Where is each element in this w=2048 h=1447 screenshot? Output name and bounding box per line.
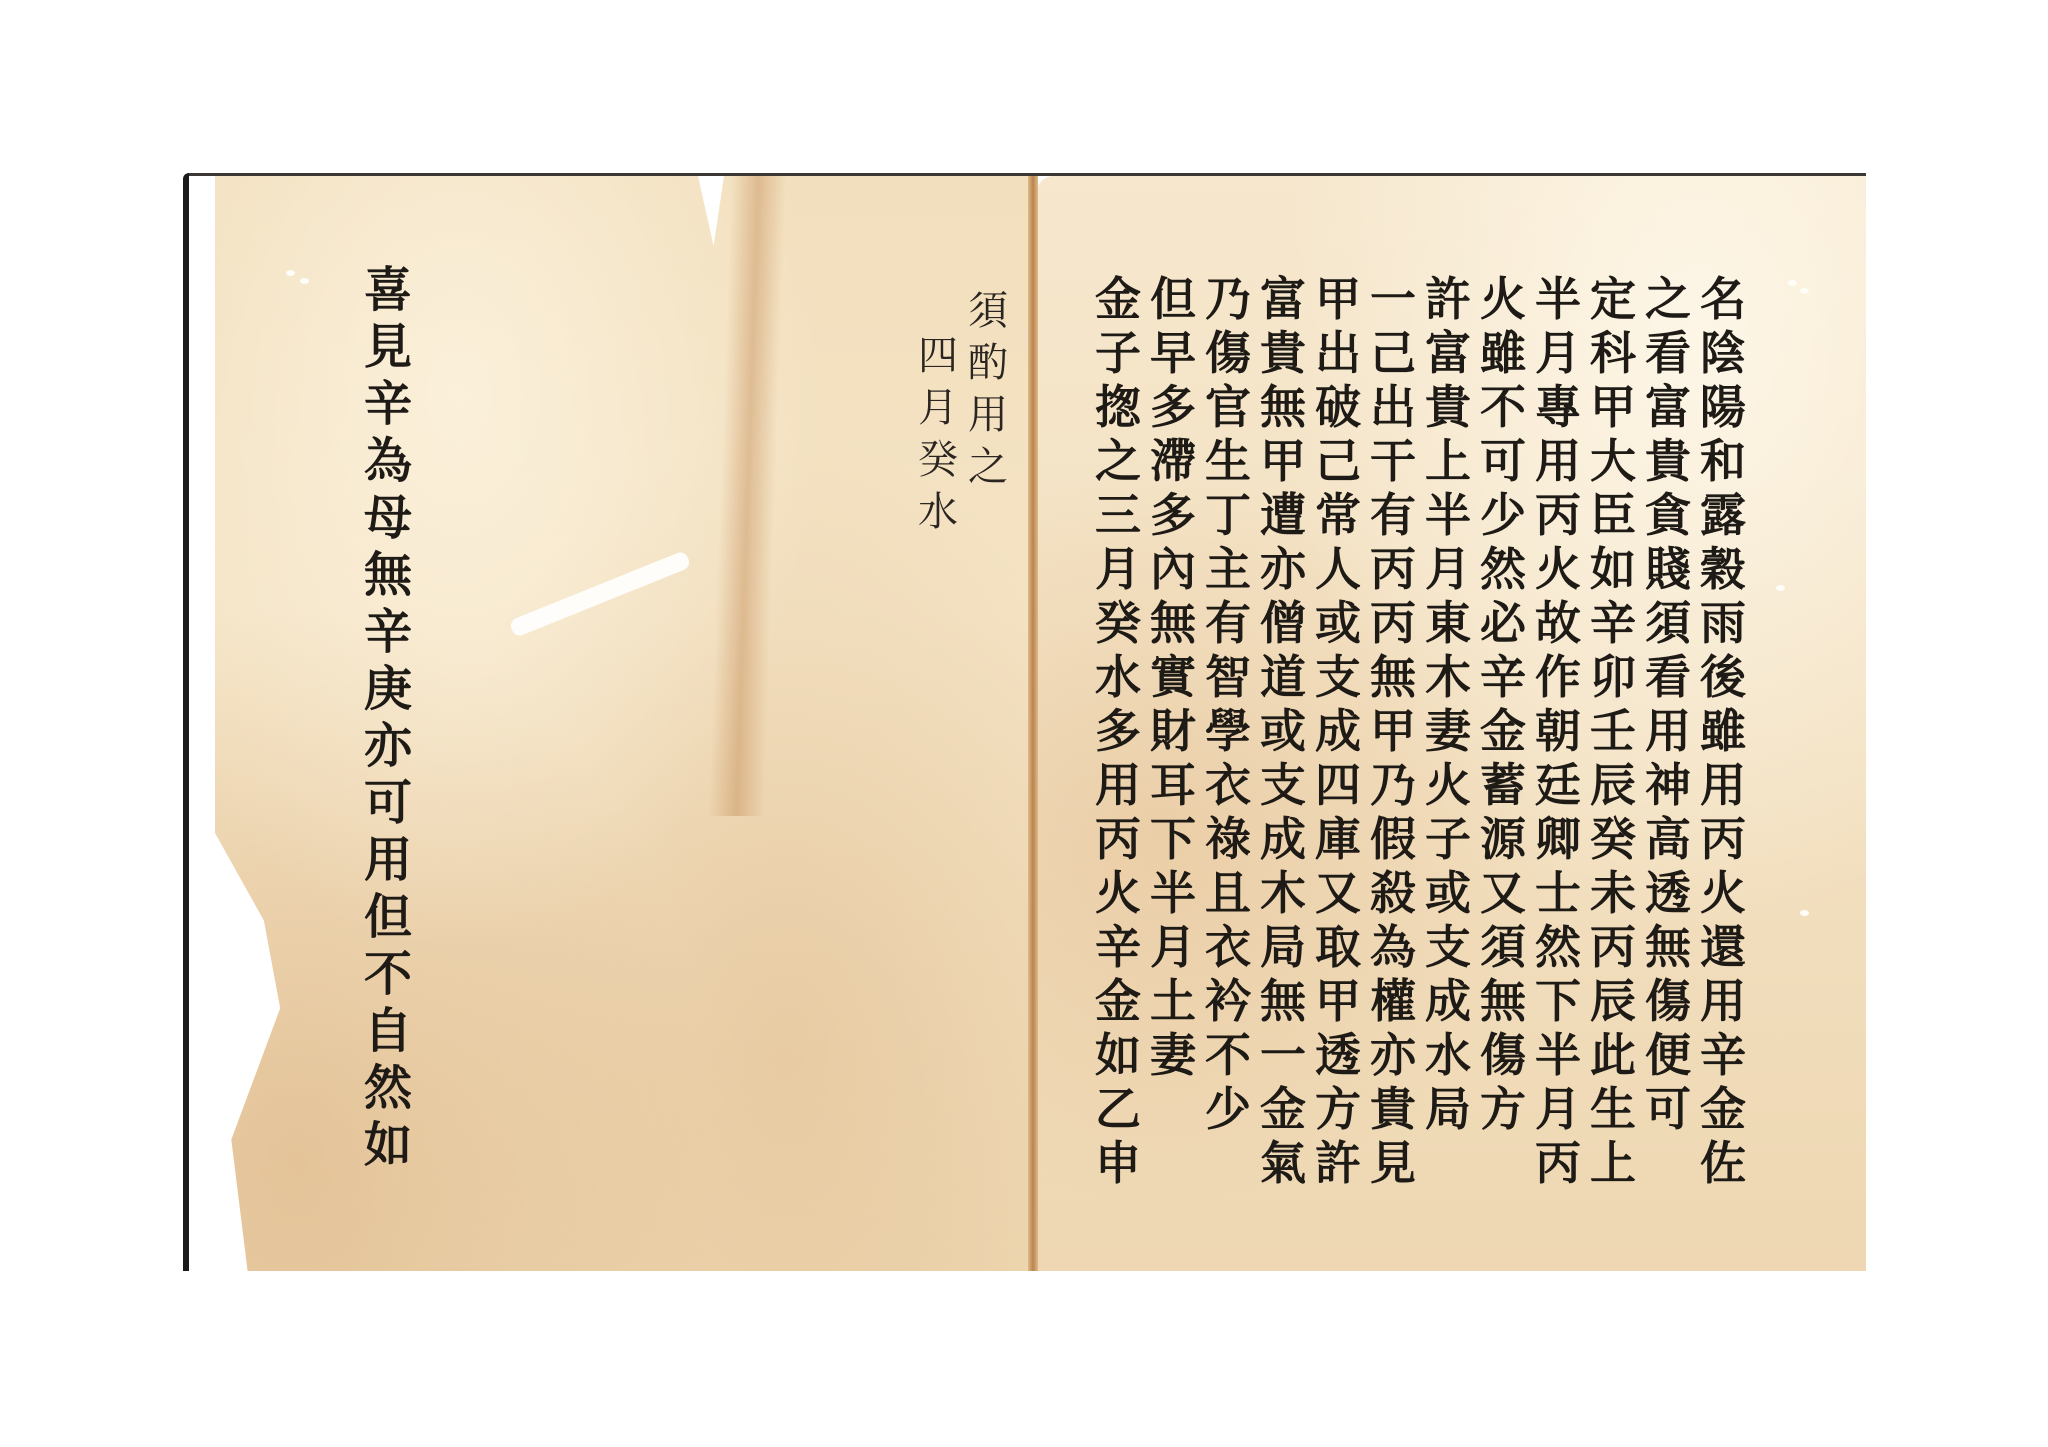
character: 廷 xyxy=(1535,758,1581,812)
character: 有 xyxy=(1205,596,1251,650)
character: 氣 xyxy=(1260,1136,1306,1190)
character: 生 xyxy=(1590,1082,1636,1136)
character: 用 xyxy=(1700,758,1746,812)
character: 丙 xyxy=(1535,488,1581,542)
character: 有 xyxy=(1370,488,1416,542)
character: 臣 xyxy=(1590,488,1636,542)
left-main-column: 喜見辛為母無辛庚亦可用但不自然如 xyxy=(358,262,418,1174)
character: 子 xyxy=(1095,326,1141,380)
character: 少 xyxy=(1480,488,1526,542)
text-column: 乃傷官生丁主有智學衣祿且衣衿不少 xyxy=(1201,272,1255,1136)
character: 一 xyxy=(1260,1028,1306,1082)
character: 貪 xyxy=(1645,488,1691,542)
character: 之 xyxy=(1645,272,1691,326)
character: 辛 xyxy=(1480,650,1526,704)
character: 無 xyxy=(1150,596,1196,650)
character: 母 xyxy=(364,490,412,547)
character: 支 xyxy=(1260,758,1306,812)
scan-top-edge xyxy=(189,173,1866,176)
character: 滯 xyxy=(1150,434,1196,488)
scan-edge xyxy=(183,173,189,1271)
character: 丙 xyxy=(1590,920,1636,974)
character: 定 xyxy=(1590,272,1636,326)
character: 上 xyxy=(1425,434,1471,488)
character: 金 xyxy=(1095,974,1141,1028)
character: 甲 xyxy=(1590,380,1636,434)
character: 智 xyxy=(1205,650,1251,704)
text-column: 火雖不可少然必辛金蓄源又須無傷方 xyxy=(1476,272,1530,1136)
character: 陰 xyxy=(1700,326,1746,380)
character: 方 xyxy=(1315,1082,1361,1136)
character: 木 xyxy=(1425,650,1471,704)
character: 月 xyxy=(1425,542,1471,596)
character: 露 xyxy=(1700,488,1746,542)
character: 此 xyxy=(1590,1028,1636,1082)
character: 衣 xyxy=(1205,920,1251,974)
character: 出 xyxy=(1370,380,1416,434)
worm-hole xyxy=(1800,910,1809,916)
character: 然 xyxy=(1480,542,1526,596)
character: 水 xyxy=(1425,1028,1471,1082)
character: 卯 xyxy=(1590,650,1636,704)
character: 假 xyxy=(1370,812,1416,866)
character: 甲 xyxy=(1260,434,1306,488)
character: 實 xyxy=(1150,650,1196,704)
character: 還 xyxy=(1700,920,1746,974)
character: 乃 xyxy=(1370,758,1416,812)
character: 下 xyxy=(1535,974,1581,1028)
character: 丁 xyxy=(1205,488,1251,542)
character: 酌 xyxy=(968,337,1008,389)
character: 丙 xyxy=(1370,596,1416,650)
character: 賤 xyxy=(1645,542,1691,596)
character: 可 xyxy=(1645,1082,1691,1136)
character: 或 xyxy=(1425,866,1471,920)
character: 月 xyxy=(1535,326,1581,380)
text-column: 半月專用丙火故作朝廷卿士然下半月丙 xyxy=(1531,272,1585,1190)
character: 亦 xyxy=(364,718,412,775)
character: 癸 xyxy=(918,434,958,486)
left-note-column: 四月癸水 xyxy=(912,330,964,538)
character: 月 xyxy=(1535,1082,1581,1136)
character: 月 xyxy=(1150,920,1196,974)
character: 東 xyxy=(1425,596,1471,650)
character: 人 xyxy=(1315,542,1361,596)
character: 金 xyxy=(1260,1082,1306,1136)
character: 亦 xyxy=(1370,1028,1416,1082)
text-column: 許富貴上半月東木妻火子或支成水局 xyxy=(1421,272,1475,1136)
character: 可 xyxy=(1480,434,1526,488)
character: 然 xyxy=(1535,920,1581,974)
text-column: 名陰陽和露穀雨後雖用丙火還用辛金佐 xyxy=(1696,272,1750,1190)
character: 士 xyxy=(1535,866,1581,920)
character: 月 xyxy=(1095,542,1141,596)
worm-hole xyxy=(286,270,295,276)
character: 穀 xyxy=(1700,542,1746,596)
character: 看 xyxy=(1645,650,1691,704)
character: 辛 xyxy=(364,604,412,661)
character: 和 xyxy=(1700,434,1746,488)
character: 妻 xyxy=(1150,1028,1196,1082)
character: 局 xyxy=(1260,920,1306,974)
character: 科 xyxy=(1590,326,1636,380)
character: 神 xyxy=(1645,758,1691,812)
character: 傷 xyxy=(1480,1028,1526,1082)
character: 妻 xyxy=(1425,704,1471,758)
character: 雖 xyxy=(1480,326,1526,380)
character: 專 xyxy=(1535,380,1581,434)
character: 須 xyxy=(1480,920,1526,974)
character: 雨 xyxy=(1700,596,1746,650)
character: 己 xyxy=(1315,434,1361,488)
character: 富 xyxy=(1425,326,1471,380)
character: 如 xyxy=(364,1117,412,1174)
character: 傷 xyxy=(1645,974,1691,1028)
character: 水 xyxy=(918,486,958,538)
character: 然 xyxy=(364,1060,412,1117)
character: 許 xyxy=(1425,272,1471,326)
character: 方 xyxy=(1480,1082,1526,1136)
character: 多 xyxy=(1150,380,1196,434)
character: 貴 xyxy=(1260,326,1306,380)
character: 富 xyxy=(1260,272,1306,326)
character: 丙 xyxy=(1535,1136,1581,1190)
left-note-column: 須酌用之 xyxy=(962,285,1014,493)
character: 又 xyxy=(1315,866,1361,920)
character: 半 xyxy=(1535,1028,1581,1082)
character: 之 xyxy=(1095,434,1141,488)
character: 為 xyxy=(1370,920,1416,974)
character: 火 xyxy=(1095,866,1141,920)
character: 雖 xyxy=(1700,704,1746,758)
character: 丙 xyxy=(1700,812,1746,866)
character: 丙 xyxy=(1370,542,1416,596)
character: 木 xyxy=(1260,866,1306,920)
text-column: 金子揔之三月癸水多用丙火辛金如乙申 xyxy=(1091,272,1145,1190)
character: 如 xyxy=(1590,542,1636,596)
character: 無 xyxy=(1370,650,1416,704)
character: 不 xyxy=(364,946,412,1003)
character: 透 xyxy=(1315,1028,1361,1082)
character: 祿 xyxy=(1205,812,1251,866)
character: 官 xyxy=(1205,380,1251,434)
text-column: 一己出干有丙丙無甲乃假殺為權亦貴見 xyxy=(1366,272,1420,1190)
character: 須 xyxy=(968,285,1008,337)
character: 辛 xyxy=(364,376,412,433)
character: 內 xyxy=(1150,542,1196,596)
character: 出 xyxy=(1315,326,1361,380)
character: 可 xyxy=(364,775,412,832)
character: 辛 xyxy=(1700,1028,1746,1082)
character: 生 xyxy=(1205,434,1251,488)
character: 且 xyxy=(1205,866,1251,920)
character: 辰 xyxy=(1590,974,1636,1028)
character: 無 xyxy=(1260,974,1306,1028)
character: 衿 xyxy=(1205,974,1251,1028)
character: 富 xyxy=(1645,380,1691,434)
character: 作 xyxy=(1535,650,1581,704)
text-column: 但早多滯多內無實財耳下半月土妻 xyxy=(1146,272,1200,1082)
character: 成 xyxy=(1315,704,1361,758)
character: 丙 xyxy=(1095,812,1141,866)
character: 又 xyxy=(1480,866,1526,920)
character: 陽 xyxy=(1700,380,1746,434)
character: 辰 xyxy=(1590,758,1636,812)
character: 用 xyxy=(968,389,1008,441)
character: 四 xyxy=(918,330,958,382)
character: 卿 xyxy=(1535,812,1581,866)
character: 上 xyxy=(1590,1136,1636,1190)
text-column: 定科甲大臣如辛卯壬辰癸未丙辰此生上 xyxy=(1586,272,1640,1190)
character: 甲 xyxy=(1370,704,1416,758)
character: 佐 xyxy=(1700,1136,1746,1190)
character: 貴 xyxy=(1370,1082,1416,1136)
character: 見 xyxy=(1370,1136,1416,1190)
character: 成 xyxy=(1425,974,1471,1028)
character: 半 xyxy=(1150,866,1196,920)
character: 或 xyxy=(1315,596,1361,650)
character: 多 xyxy=(1095,704,1141,758)
character: 癸 xyxy=(1590,812,1636,866)
left-page xyxy=(215,176,1030,1271)
character: 少 xyxy=(1205,1082,1251,1136)
character: 便 xyxy=(1645,1028,1691,1082)
character: 半 xyxy=(1535,272,1581,326)
character: 辛 xyxy=(1590,596,1636,650)
character: 源 xyxy=(1480,812,1526,866)
character: 但 xyxy=(1150,272,1196,326)
character: 甲 xyxy=(1315,272,1361,326)
text-column: 之看富貴貪賤須看用神高透無傷便可 xyxy=(1641,272,1695,1136)
character: 三 xyxy=(1095,488,1141,542)
worm-hole xyxy=(1788,280,1797,286)
character: 水 xyxy=(1095,650,1141,704)
character: 貴 xyxy=(1425,380,1471,434)
character: 乃 xyxy=(1205,272,1251,326)
character: 庫 xyxy=(1315,812,1361,866)
character: 但 xyxy=(364,889,412,946)
character: 自 xyxy=(364,1003,412,1060)
character: 己 xyxy=(1370,326,1416,380)
worm-hole xyxy=(1800,288,1809,294)
character: 如 xyxy=(1095,1028,1141,1082)
character: 後 xyxy=(1700,650,1746,704)
character: 早 xyxy=(1150,326,1196,380)
character: 干 xyxy=(1370,434,1416,488)
character: 無 xyxy=(1480,974,1526,1028)
character: 喜 xyxy=(364,262,412,319)
book-gutter xyxy=(1028,176,1038,1271)
character: 見 xyxy=(364,319,412,376)
character: 蓄 xyxy=(1480,758,1526,812)
character: 常 xyxy=(1315,488,1361,542)
character: 癸 xyxy=(1095,596,1141,650)
text-column: 甲出破己常人或支成四庫又取甲透方許 xyxy=(1311,272,1365,1190)
character: 許 xyxy=(1315,1136,1361,1190)
character: 用 xyxy=(1700,974,1746,1028)
character: 揔 xyxy=(1095,380,1141,434)
character: 必 xyxy=(1480,596,1526,650)
character: 名 xyxy=(1700,272,1746,326)
character: 火 xyxy=(1700,866,1746,920)
character: 僧 xyxy=(1260,596,1306,650)
character: 耳 xyxy=(1150,758,1196,812)
character: 貴 xyxy=(1645,434,1691,488)
character: 月 xyxy=(918,382,958,434)
character: 無 xyxy=(1260,380,1306,434)
character: 衣 xyxy=(1205,758,1251,812)
worm-hole xyxy=(300,278,309,284)
character: 局 xyxy=(1425,1082,1471,1136)
character: 未 xyxy=(1590,866,1636,920)
character: 故 xyxy=(1535,596,1581,650)
character: 用 xyxy=(364,832,412,889)
character: 須 xyxy=(1645,596,1691,650)
character: 無 xyxy=(364,547,412,604)
character: 用 xyxy=(1535,434,1581,488)
character: 一 xyxy=(1370,272,1416,326)
character: 土 xyxy=(1150,974,1196,1028)
character: 高 xyxy=(1645,812,1691,866)
character: 四 xyxy=(1315,758,1361,812)
character: 火 xyxy=(1480,272,1526,326)
character: 壬 xyxy=(1590,704,1636,758)
character: 辛 xyxy=(1095,920,1141,974)
character: 火 xyxy=(1535,542,1581,596)
character: 甲 xyxy=(1315,974,1361,1028)
character: 亦 xyxy=(1260,542,1306,596)
character: 透 xyxy=(1645,866,1691,920)
character: 金 xyxy=(1095,272,1141,326)
character: 道 xyxy=(1260,650,1306,704)
character: 傷 xyxy=(1205,326,1251,380)
character: 主 xyxy=(1205,542,1251,596)
character: 多 xyxy=(1150,488,1196,542)
character: 殺 xyxy=(1370,866,1416,920)
character: 財 xyxy=(1150,704,1196,758)
character: 用 xyxy=(1645,704,1691,758)
character: 半 xyxy=(1425,488,1471,542)
worm-hole xyxy=(1776,585,1785,591)
character: 下 xyxy=(1150,812,1196,866)
character: 不 xyxy=(1205,1028,1251,1082)
character: 學 xyxy=(1205,704,1251,758)
text-column: 富貴無甲遭亦僧道或支成木局無一金氣 xyxy=(1256,272,1310,1190)
character: 朝 xyxy=(1535,704,1581,758)
character: 或 xyxy=(1260,704,1306,758)
character: 金 xyxy=(1700,1082,1746,1136)
character: 之 xyxy=(968,441,1008,493)
character: 無 xyxy=(1645,920,1691,974)
character: 成 xyxy=(1260,812,1306,866)
character: 大 xyxy=(1590,434,1636,488)
character: 為 xyxy=(364,433,412,490)
character: 破 xyxy=(1315,380,1361,434)
character: 金 xyxy=(1480,704,1526,758)
character: 權 xyxy=(1370,974,1416,1028)
character: 看 xyxy=(1645,326,1691,380)
character: 用 xyxy=(1095,758,1141,812)
character: 支 xyxy=(1425,920,1471,974)
character: 支 xyxy=(1315,650,1361,704)
character: 取 xyxy=(1315,920,1361,974)
character: 子 xyxy=(1425,812,1471,866)
character: 火 xyxy=(1425,758,1471,812)
character: 遭 xyxy=(1260,488,1306,542)
character: 不 xyxy=(1480,380,1526,434)
character: 庚 xyxy=(364,661,412,718)
character: 申 xyxy=(1095,1136,1141,1190)
character: 乙 xyxy=(1095,1082,1141,1136)
